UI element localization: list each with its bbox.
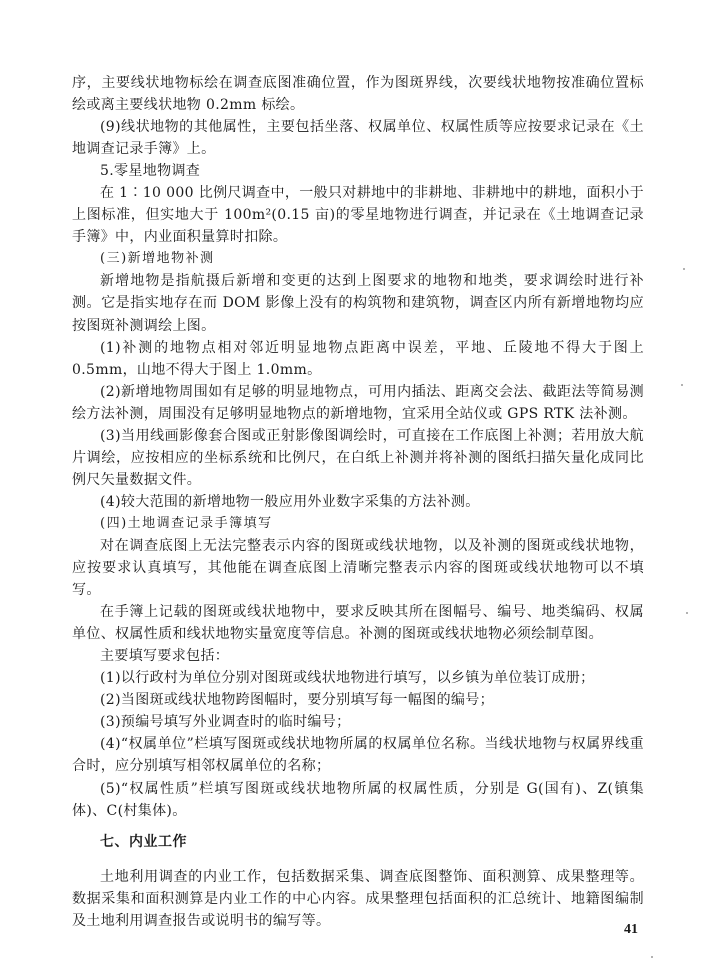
paragraph-continuation: 序，主要线状地物标绘在调查底图准确位置，作为图斑界线，次要线状地物按准确位置标绘…	[72, 72, 644, 116]
scan-speck	[686, 612, 688, 614]
requirement-item-5: (5)“权属性质”栏填写图斑或线状地物所属的权属性质，分别是 G(国有)、Z(镇…	[72, 778, 644, 822]
section-heading: 七、内业工作	[72, 831, 644, 853]
paragraph-record-book: 对在调查底图上无法完整表示内容的图斑或线状地物，以及补测的图斑或线状地物，应按要…	[72, 535, 644, 601]
list-item-2: (2)新增地物周围如有足够的明显地物点，可用内插法、距离交会法、截距法等简易测绘…	[72, 381, 644, 425]
paragraph-new-features: 新增地物是指航摄后新增和变更的达到上图要求的地物和地类，要求调绘时进行补测。它是…	[72, 270, 644, 336]
subheading-3: (三)新增地物补测	[72, 248, 644, 270]
requirement-item-3: (3)预编号填写外业调查时的临时编号；	[72, 711, 644, 733]
page-number: 41	[624, 922, 638, 938]
list-item-4: (4)较大范围的新增地物一般应用外业数字采集的方法补测。	[72, 491, 644, 513]
spacer	[72, 853, 644, 866]
requirement-item-2: (2)当图斑或线状地物跨图幅时，要分别填写每一幅图的编号；	[72, 689, 644, 711]
numbered-heading-5: 5.零星地物调查	[72, 160, 644, 182]
paragraph-office-work: 土地利用调查的内业工作，包括数据采集、调查底图整饰、面积测算、成果整理等。数据采…	[72, 866, 644, 932]
scan-speck	[651, 956, 653, 958]
list-item-1: (1)补测的地物点相对邻近明显地物点距离中误差，平地、丘陵地不得大于图上 0.5…	[72, 337, 644, 381]
spacer	[72, 822, 644, 831]
paragraph-scattered-features: 在 1∶10 000 比例尺调查中，一般只对耕地中的非耕地、非耕地中的耕地，面积…	[72, 182, 644, 248]
list-item-3: (3)当用线画影像套合图或正射影像图调绘时，可直接在工作底图上补测；若用放大航片…	[72, 425, 644, 491]
paragraph-record-content: 在手簿上记载的图斑或线状地物中，要求反映其所在图幅号、编号、地类编码、权属单位、…	[72, 601, 644, 645]
paragraph-requirements-intro: 主要填写要求包括：	[72, 645, 644, 667]
list-item-9: (9)线状地物的其他属性，主要包括坐落、权属单位、权属性质等应按要求记录在《土地…	[72, 116, 644, 160]
page-body: 序，主要线状地物标绘在调查底图准确位置，作为图斑界线，次要线状地物按准确位置标绘…	[72, 72, 644, 932]
subheading-4: (四)土地调查记录手簿填写	[72, 513, 644, 535]
requirement-item-1: (1)以行政村为单位分别对图斑或线状地物进行填写，以乡镇为单位装订成册；	[72, 667, 644, 689]
scan-speck	[681, 384, 683, 386]
scan-speck	[683, 268, 685, 270]
requirement-item-4: (4)“权属单位”栏填写图斑或线状地物所属的权属单位名称。当线状地物与权属界线重…	[72, 733, 644, 777]
